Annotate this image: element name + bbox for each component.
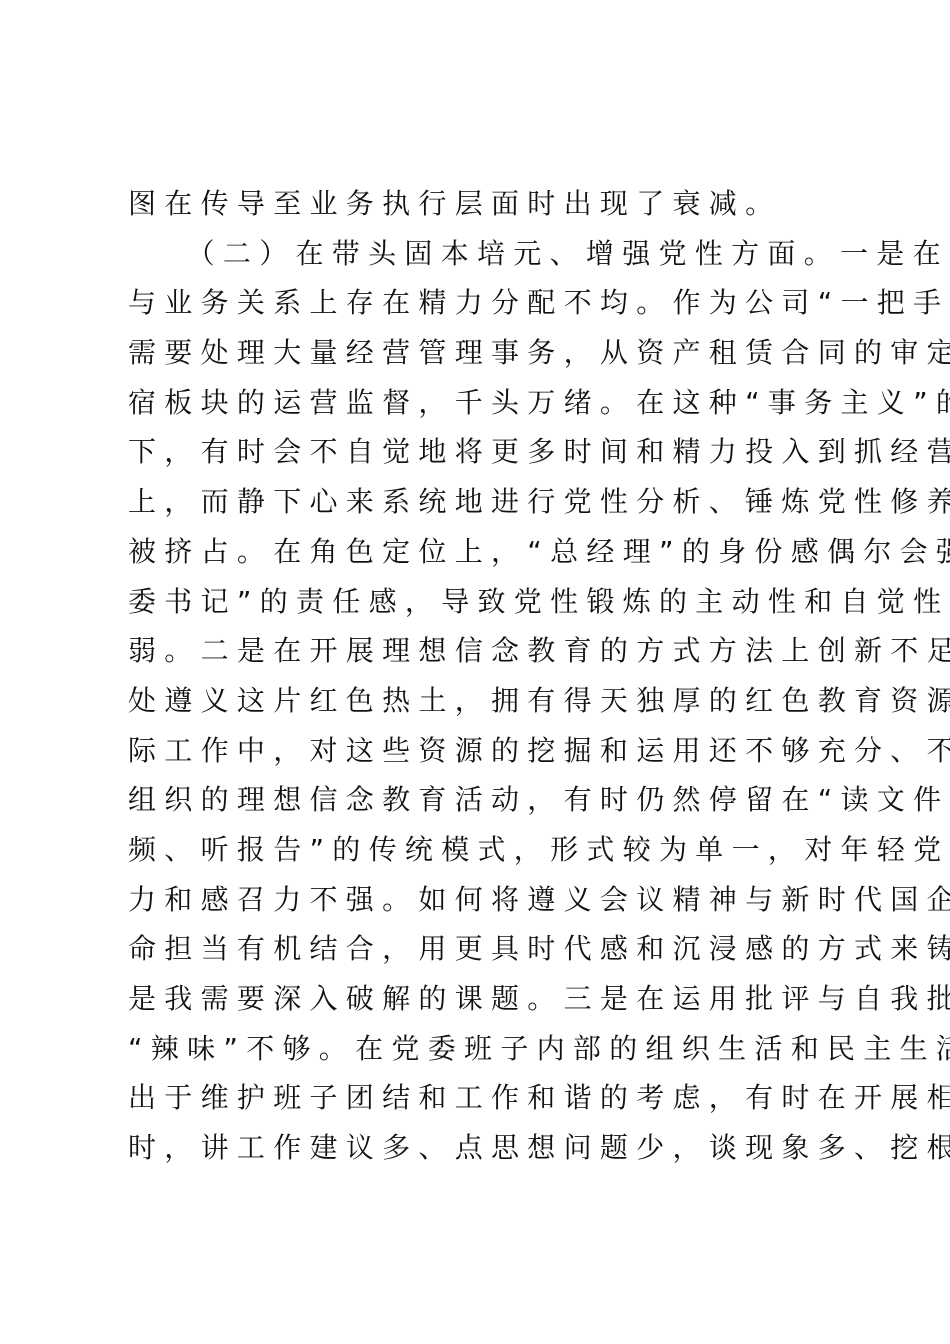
text-line: 宿板块的运营监督，千头万绪。在这种“事务主义”的包围 (128, 378, 834, 428)
text-line: 力和感召力不强。如何将遵义会议精神与新时代国企员工的使 (128, 875, 834, 925)
text-line: 弱。二是在开展理想信念教育的方式方法上创新不足。公司地 (128, 626, 834, 676)
document-page: 图在传导至业务执行层面时出现了衰减。 （二）在带头固本培元、增强党性方面。一是在… (0, 0, 950, 1344)
text-line: 被挤占。在角色定位上，“总经理”的身份感偶尔会强于“党 (128, 527, 834, 577)
text-line: 图在传导至业务执行层面时出现了衰减。 (128, 179, 834, 229)
text-line: “辣味”不够。在党委班子内部的组织生活和民主生活会上， (128, 1024, 834, 1074)
text-line: 是我需要深入破解的课题。三是在运用批评与自我批评武器上 (128, 974, 834, 1024)
text-line: 时，讲工作建议多、点思想问题少，谈现象多、挖根源少，存 (128, 1123, 834, 1173)
text-line: 命担当有机结合，用更具时代感和沉浸感的方式来铸魂育人， (128, 924, 834, 974)
text-line: 际工作中，对这些资源的挖掘和运用还不够充分、不够鲜活。 (128, 726, 834, 776)
text-line: 上，而静下心来系统地进行党性分析、锤炼党性修养的时间则 (128, 477, 834, 527)
text-line: 组织的理想信念教育活动，有时仍然停留在“读文件、看视 (128, 775, 834, 825)
text-line: 委书记”的责任感，导致党性锻炼的主动性和自觉性有所减 (128, 577, 834, 627)
text-line: 需要处理大量经营管理事务，从资产租赁合同的审定到餐饮住 (128, 328, 834, 378)
body-text: 图在传导至业务执行层面时出现了衰减。 （二）在带头固本培元、增强党性方面。一是在… (128, 179, 834, 1173)
text-line: 频、听报告”的传统模式，形式较为单一，对年轻党员的吸引 (128, 825, 834, 875)
text-line: 下，有时会不自觉地将更多时间和精力投入到抓经营、抓效益 (128, 427, 834, 477)
section-heading-line: （二）在带头固本培元、增强党性方面。一是在处理党务 (128, 229, 834, 279)
text-line: 处遵义这片红色热土，拥有得天独厚的红色教育资源。但在实 (128, 676, 834, 726)
text-line: 出于维护班子团结和工作和谐的考虑，有时在开展相互批评 (128, 1073, 834, 1123)
text-line: 与业务关系上存在精力分配不均。作为公司“一把手”，日常 (128, 278, 834, 328)
